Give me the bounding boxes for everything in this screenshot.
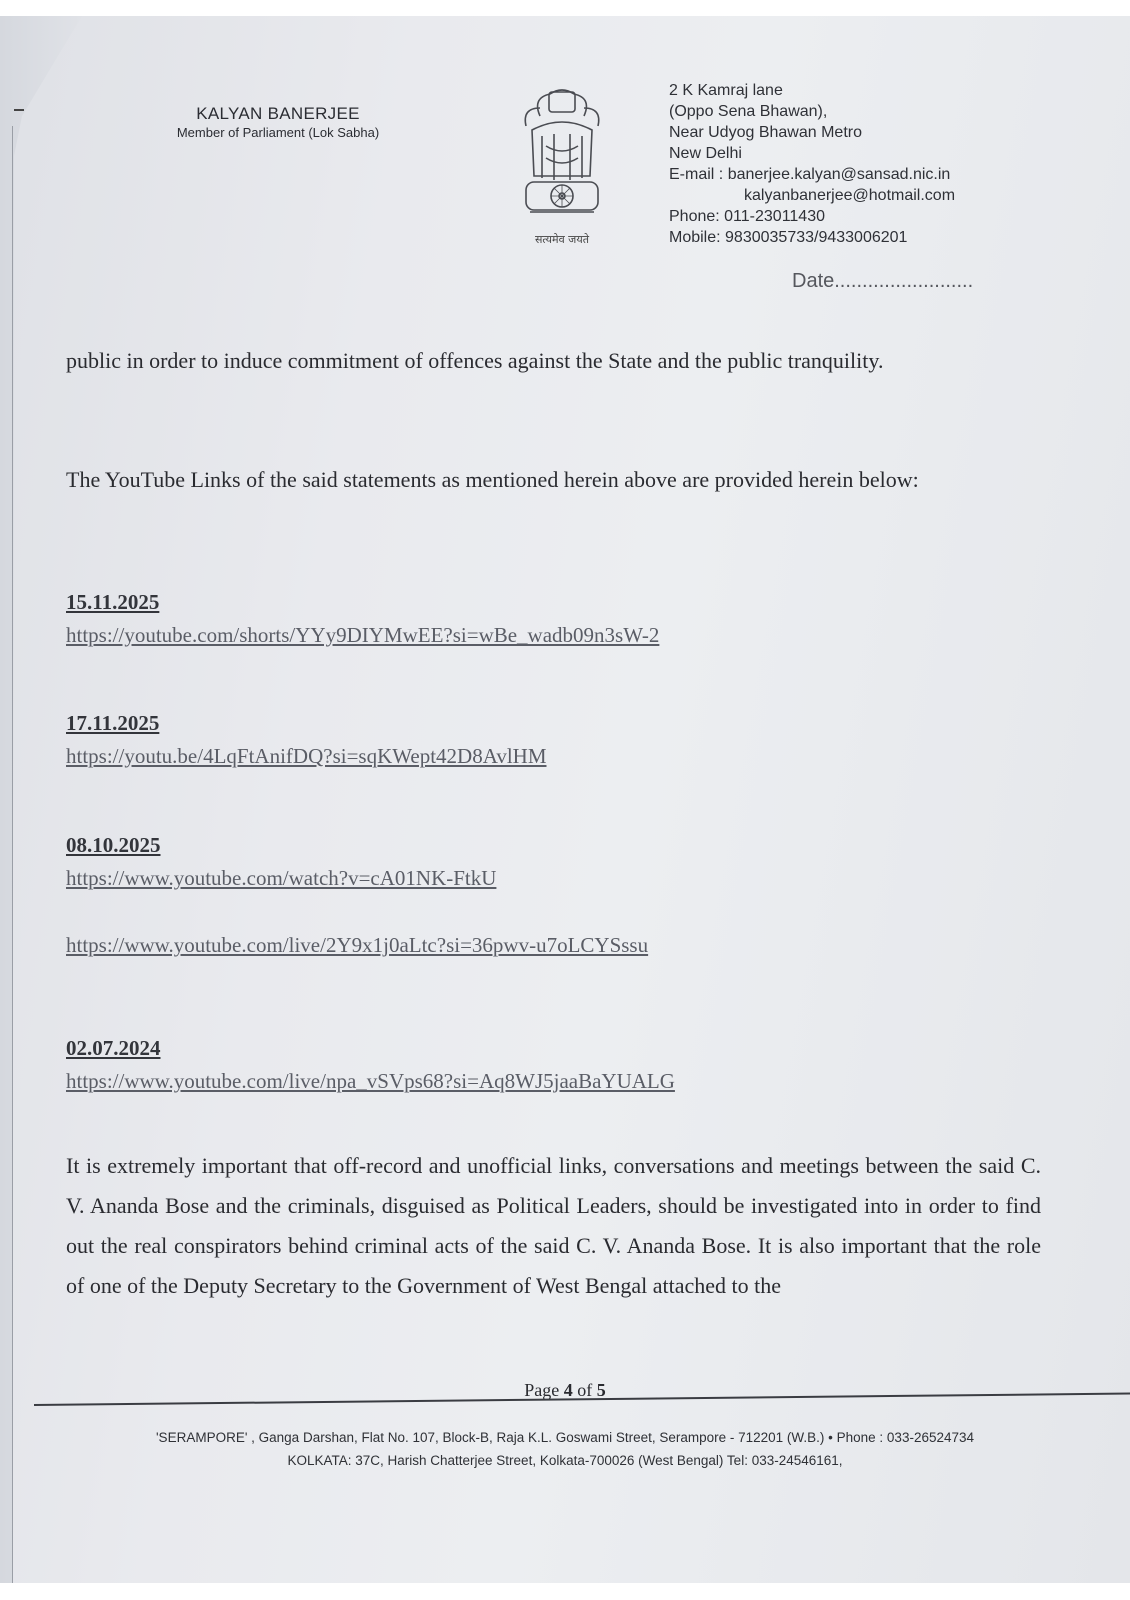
youtube-link[interactable]: https://www.youtube.com/watch?v=cA01NK-F… [66, 866, 496, 891]
page-of: of [577, 1380, 592, 1400]
sender-name: KALYAN BANERJEE [148, 104, 408, 124]
emblem-motto: सत्यमेव जयते [512, 232, 612, 247]
paragraph-2-block: The YouTube Links of the said statements… [66, 460, 1018, 500]
link-entry: 02.07.2024 https://www.youtube.com/live/… [66, 1036, 1018, 1094]
page-prefix: Page [524, 1380, 559, 1400]
email-row: E-mail : banerjee.kalyan@sansad.nic.in [669, 164, 955, 185]
paragraph-3-block: It is extremely important that off-recor… [66, 1146, 1041, 1306]
letter-page [0, 16, 1130, 1583]
youtube-link[interactable]: https://youtube.com/shorts/YYy9DIYMwEE?s… [66, 623, 659, 648]
margin-mark [14, 109, 24, 111]
email-label: E-mail : [669, 166, 723, 183]
sender-role: Member of Parliament (Lok Sabha) [148, 125, 408, 140]
entry-date: 15.11.2025 [66, 590, 1018, 615]
state-emblem-icon: सत्यमेव जयते [512, 86, 612, 246]
youtube-link[interactable]: https://www.youtube.com/live/npa_vSVps68… [66, 1069, 675, 1094]
page-total: 5 [597, 1380, 606, 1400]
footer-line-2: KOLKATA: 37C, Harish Chatterjee Street, … [0, 1453, 1130, 1468]
paragraph-3: It is extremely important that off-recor… [66, 1146, 1041, 1306]
page-current: 4 [564, 1380, 573, 1400]
entry-date: 08.10.2025 [66, 833, 1018, 858]
entry-date: 17.11.2025 [66, 711, 1018, 736]
footer-line-1: 'SERAMPORE' , Ganga Darshan, Flat No. 10… [0, 1430, 1130, 1445]
link-entry: 08.10.2025 https://www.youtube.com/watch… [66, 833, 1018, 958]
address-line: Near Udyog Bhawan Metro [669, 122, 955, 143]
paragraph-2: The YouTube Links of the said statements… [66, 460, 1018, 500]
address-line: New Delhi [669, 143, 955, 164]
youtube-link[interactable]: https://youtu.be/4LqFtAnifDQ?si=sqKWept4… [66, 744, 547, 769]
phone: Phone: 011-23011430 [669, 206, 955, 227]
entry-date: 02.07.2024 [66, 1036, 1018, 1061]
mobile: Mobile: 9830035733/9433006201 [669, 227, 955, 248]
paragraph-1: public in order to induce commitment of … [66, 341, 1018, 381]
paragraph-1-block: public in order to induce commitment of … [66, 341, 1018, 381]
letterhead-sender: KALYAN BANERJEE Member of Parliament (Lo… [148, 104, 408, 140]
link-entry: 17.11.2025 https://youtu.be/4LqFtAnifDQ?… [66, 711, 1018, 769]
paper-fold [0, 16, 90, 1583]
link-entry: 15.11.2025 https://youtube.com/shorts/YY… [66, 590, 1018, 648]
address-line: (Oppo Sena Bhawan), [669, 101, 955, 122]
fold-crease [12, 126, 13, 1583]
address-line: 2 K Kamraj lane [669, 80, 955, 101]
email-primary[interactable]: banerjee.kalyan@sansad.nic.in [728, 166, 951, 183]
letterhead-contact: 2 K Kamraj lane (Oppo Sena Bhawan), Near… [669, 80, 955, 248]
youtube-link[interactable]: https://www.youtube.com/live/2Y9x1j0aLtc… [66, 933, 648, 958]
email-secondary[interactable]: kalyanbanerjee@hotmail.com [669, 185, 955, 206]
date-field: Date......................... [792, 270, 973, 293]
